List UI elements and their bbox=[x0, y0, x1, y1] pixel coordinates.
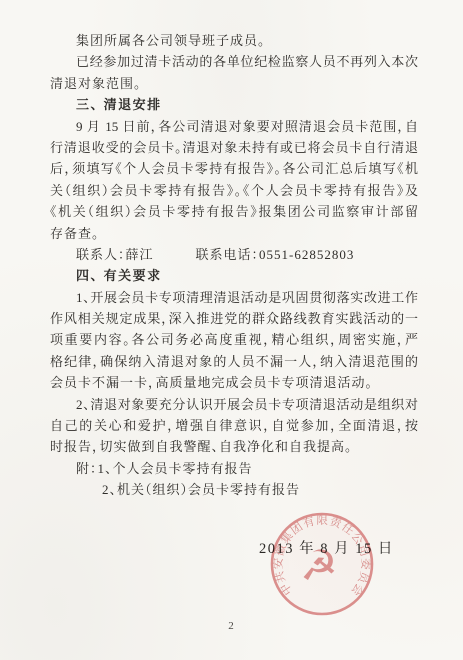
document-line: 存备查。 bbox=[50, 223, 418, 244]
hammer-sickle-icon: ☭ bbox=[300, 544, 338, 590]
document-line: 1、开展会员卡专项清理清退活动是巩固贯彻落实改进工作 bbox=[50, 287, 418, 308]
document-line: 《机关（组织）会员卡零持有报告》报集团公司监察审计部留 bbox=[50, 201, 418, 222]
document-line: 联系人：薛江 联系电话：0551-62852803 bbox=[50, 244, 418, 265]
document-line: 关（组织）会员卡零持有报告》。《个人会员卡零持有报告》及 bbox=[50, 180, 418, 201]
document-line: 清退对象范围。 bbox=[50, 73, 418, 94]
document-line: 后，须填写《个人会员卡零持有报告》。各公司汇总后填写《机 bbox=[50, 158, 418, 179]
document-line: 2、清退对象要充分认识开展会员卡专项清退活动是组织对 bbox=[50, 394, 418, 415]
document-line: 已经参加过清卡活动的各单位纪检监察人员不再列入本次 bbox=[50, 51, 418, 72]
document-line: 格纪律，确保纳入清退对象的人员不漏一人，纳入清退范围的 bbox=[50, 351, 418, 372]
scanned-document-page: 集团所属各公司领导班子成员。已经参加过清卡活动的各单位纪检监察人员不再列入本次清… bbox=[0, 0, 463, 660]
document-line: 集团所属各公司领导班子成员。 bbox=[50, 30, 418, 51]
document-line: 会员卡不漏一卡，高质量地完成会员卡专项清退活动。 bbox=[50, 372, 418, 393]
section-heading: 三、 清退安排 bbox=[50, 94, 418, 115]
document-line: 时报告，切实做到自我警醒、自我净化和自我提高。 bbox=[50, 436, 418, 457]
document-line: 9 月 15 日前，各公司清退对象要对照清退会员卡范围，自 bbox=[50, 116, 418, 137]
official-seal-stamp: 中共安徽集团有限责任公司委员会 ☭ bbox=[266, 508, 378, 620]
document-body: 集团所属各公司领导班子成员。已经参加过清卡活动的各单位纪检监察人员不再列入本次清… bbox=[50, 30, 418, 501]
section-heading: 四、 有关要求 bbox=[50, 265, 418, 286]
page-number: 2 bbox=[0, 620, 463, 632]
document-line: 作风相关规定成果，深入推进党的群众路线教育实践活动的一 bbox=[50, 308, 418, 329]
document-line: 自己的关心和爱护，增强自律意识，自觉参加，全面清退，按 bbox=[50, 415, 418, 436]
document-line: 行清退收受的会员卡。清退对象未持有或已将会员卡自行清退 bbox=[50, 137, 418, 158]
document-line: 项重要内容。各公司务必高度重视，精心组织，周密实施，严 bbox=[50, 329, 418, 350]
document-line: 附：1、个人会员卡零持有报告 bbox=[50, 458, 418, 479]
document-line: 2、机关（组织）会员卡零持有报告 bbox=[50, 479, 418, 500]
